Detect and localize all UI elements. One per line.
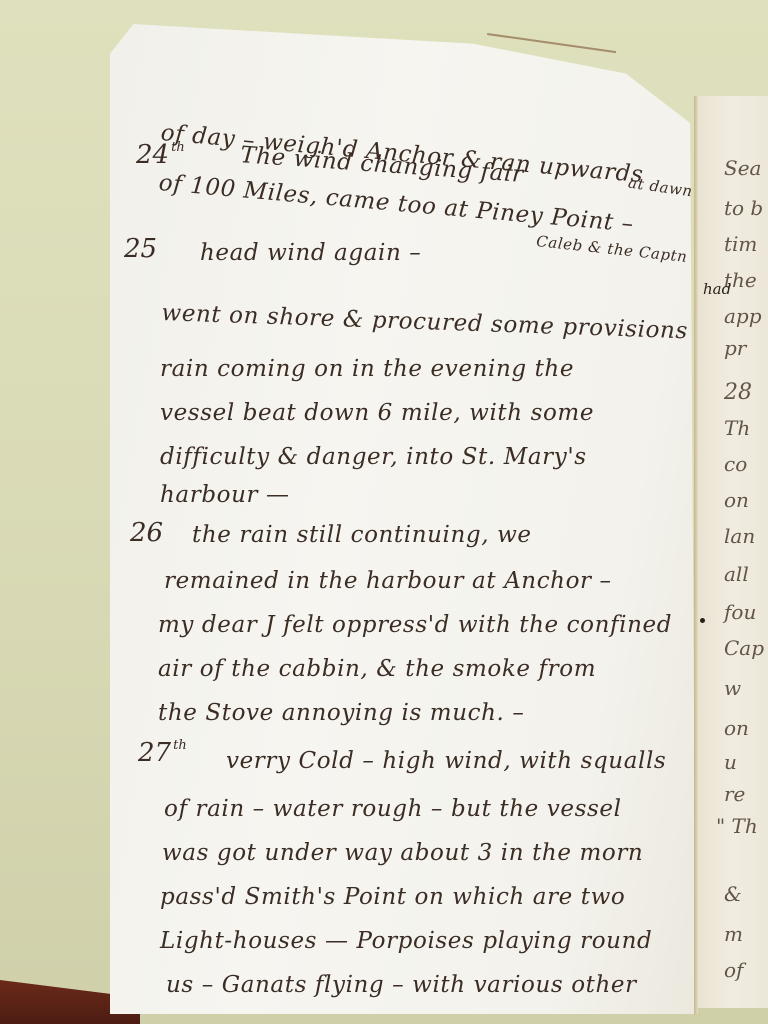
journal-fragment: & — [724, 882, 742, 906]
margin-note: had — [703, 280, 731, 298]
journal-fragment: tim — [724, 232, 757, 256]
journal-fragment: fou — [724, 600, 756, 624]
journal-fragment: " Th — [716, 814, 758, 838]
journal-line: vessel beat down 6 mile, with some — [160, 400, 594, 426]
journal-line: the Stove annoying is much. – — [158, 700, 524, 726]
journal-line: difficulty & danger, into St. Mary's — [160, 444, 587, 470]
journal-line: rain coming on in the evening the — [160, 356, 574, 382]
journal-fragment: w — [724, 676, 741, 700]
journal-line: of rain – water rough – but the vessel — [164, 796, 622, 822]
journal-fragment: co — [724, 452, 747, 476]
journal-line: my dear J felt oppress'd with the confin… — [158, 612, 672, 638]
journal-fragment: of — [724, 958, 743, 982]
journal-fragment: app — [724, 304, 762, 328]
journal-fragment: on — [724, 716, 749, 740]
journal-line: verry Cold – high wind, with squalls — [226, 748, 666, 774]
journal-fragment: Cap — [724, 636, 764, 660]
journal-fragment: 28 — [724, 380, 752, 405]
entry-date-27: 27th — [138, 738, 187, 768]
date-suffix: th — [173, 738, 187, 753]
journal-line: was got under way about 3 in the morn — [162, 840, 643, 866]
journal-line: remained in the harbour at Anchor – — [164, 568, 612, 594]
journal-fragment: Sea — [724, 156, 761, 180]
date-number: 25 — [124, 234, 157, 264]
journal-fragment: all — [724, 562, 749, 586]
journal-line: us – Ganats flying – with various other — [166, 972, 637, 998]
journal-fragment: Th — [724, 416, 750, 440]
journal-line: Light-houses — Porpoises playing round — [160, 928, 652, 954]
entry-date-25: 25 — [124, 234, 157, 264]
ink-blot — [700, 618, 705, 623]
journal-fragment: lan — [724, 524, 755, 548]
journal-fragment: re — [724, 782, 745, 806]
journal-line: harbour — — [160, 482, 290, 508]
journal-fragment: pr — [724, 336, 746, 360]
journal-line: head wind again – — [200, 240, 421, 266]
right-journal-page: Sea to b tim the app pr 28 Th co on lan … — [698, 96, 768, 1008]
journal-line: pass'd Smith's Point on which are two — [160, 884, 625, 910]
journal-fragment: to b — [724, 196, 763, 220]
date-number: 27 — [138, 738, 171, 768]
journal-fragment: u — [724, 750, 737, 774]
journal-line: the rain still continuing, we — [192, 522, 532, 548]
date-number: 26 — [130, 518, 163, 548]
entry-date-26: 26 — [130, 518, 163, 548]
journal-fragment: m — [724, 922, 743, 946]
journal-fragment: on — [724, 488, 749, 512]
journal-line: air of the cabbin, & the smoke from — [158, 656, 596, 682]
